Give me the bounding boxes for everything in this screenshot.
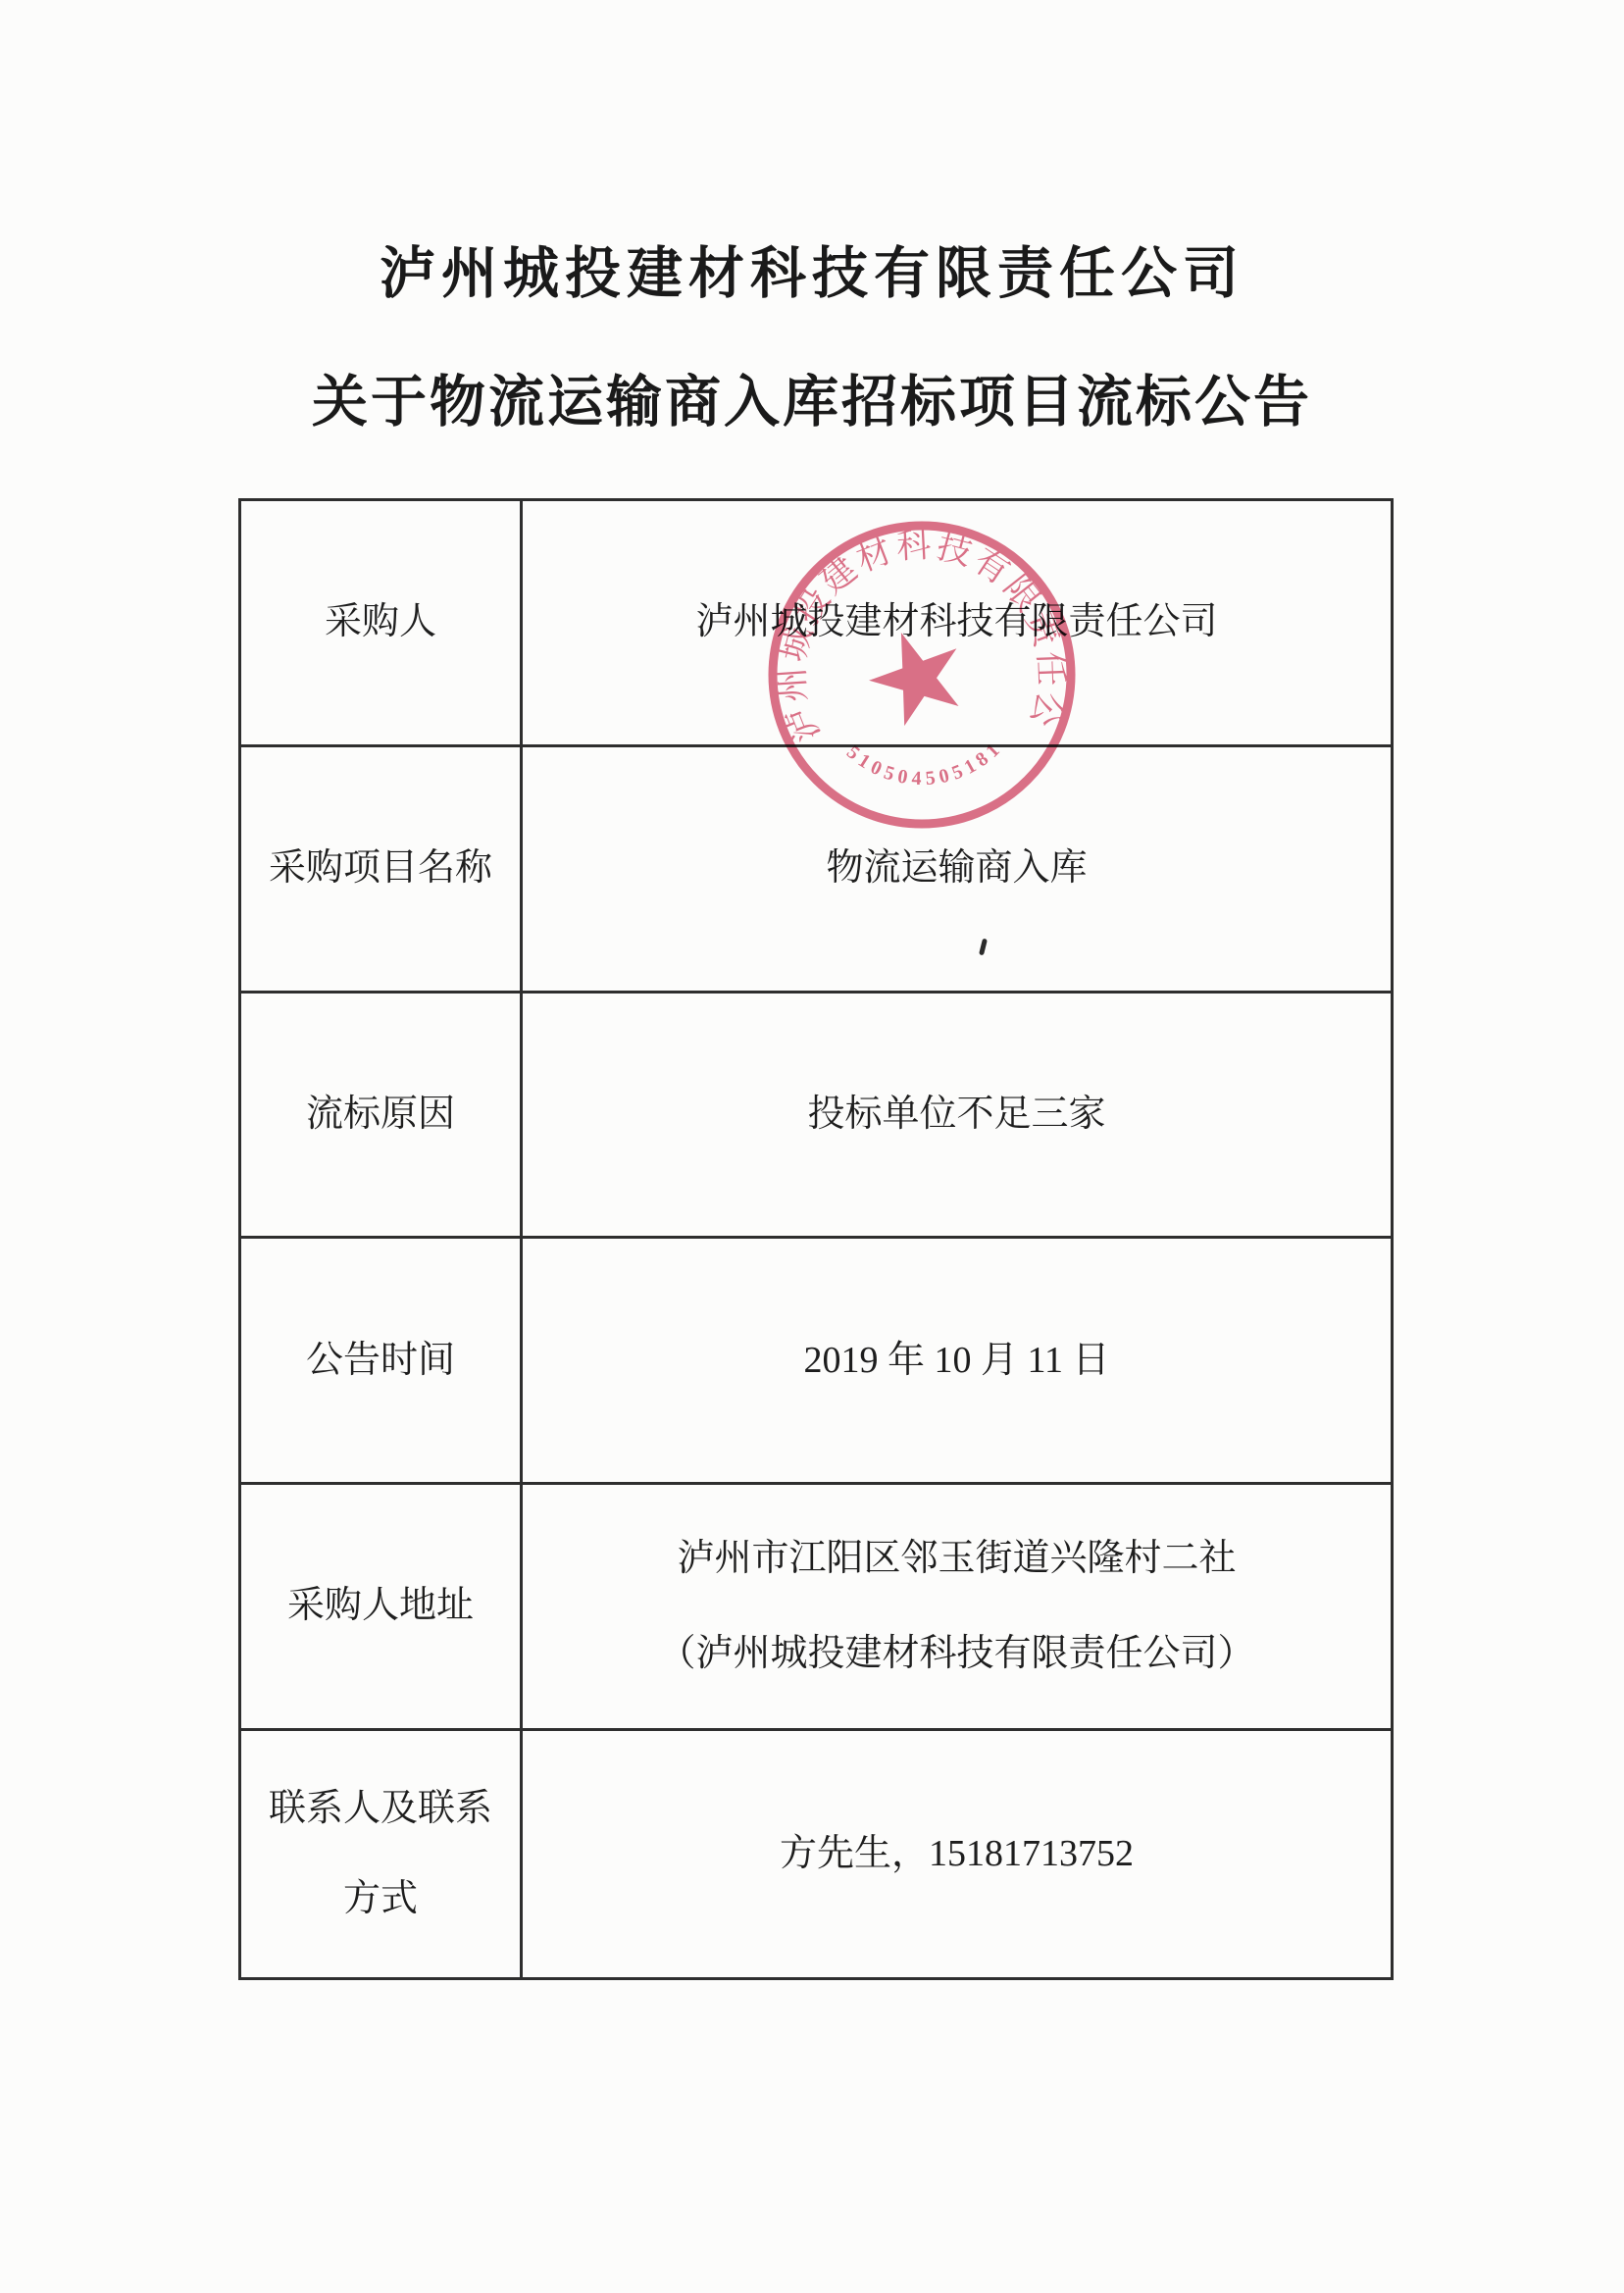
address-line-2: （泸州城投建材科技有限责任公司） (658, 1632, 1254, 1677)
row-purchaser-address-value: 泸州市江阳区邻玉街道兴隆村二社 （泸州城投建材科技有限责任公司） (523, 1485, 1391, 1731)
row-failed-bid-reason-value: 投标单位不足三家 (523, 994, 1391, 1240)
row-failed-bid-reason-label: 流标原因 (241, 994, 523, 1240)
row-announcement-date-value: 2019 年 10 月 11 日 (523, 1239, 1391, 1485)
row-contact-value: 方先生，15181713752 (523, 1731, 1391, 1977)
scanned-announcement-page: 泸州城投建材科技有限责任公司 关于物流运输商入库招标项目流标公告 采购人 泸州城… (0, 0, 1624, 2293)
document-title-company: 泸州城投建材科技有限责任公司 (0, 229, 1624, 309)
contact-label-line-1: 联系人及联系 (269, 1787, 492, 1832)
contact-label-line-2: 方式 (343, 1877, 418, 1922)
document-title-announcement: 关于物流运输商入库招标项目流标公告 (0, 357, 1624, 437)
row-purchaser-address-label: 采购人地址 (241, 1485, 523, 1731)
row-project-name-value: 物流运输商入库 (523, 747, 1391, 994)
row-purchaser-value: 泸州城投建材科技有限责任公司 (523, 501, 1391, 747)
address-line-1: 泸州市江阳区邻玉街道兴隆村二社 (677, 1537, 1236, 1582)
row-announcement-date-label: 公告时间 (241, 1239, 523, 1485)
row-purchaser-label: 采购人 (241, 501, 523, 747)
row-project-name-label: 采购项目名称 (241, 747, 523, 994)
row-contact-label: 联系人及联系 方式 (241, 1731, 523, 1977)
announcement-table: 采购人 泸州城投建材科技有限责任公司 采购项目名称 物流运输商入库 流标原因 投… (238, 498, 1394, 1980)
